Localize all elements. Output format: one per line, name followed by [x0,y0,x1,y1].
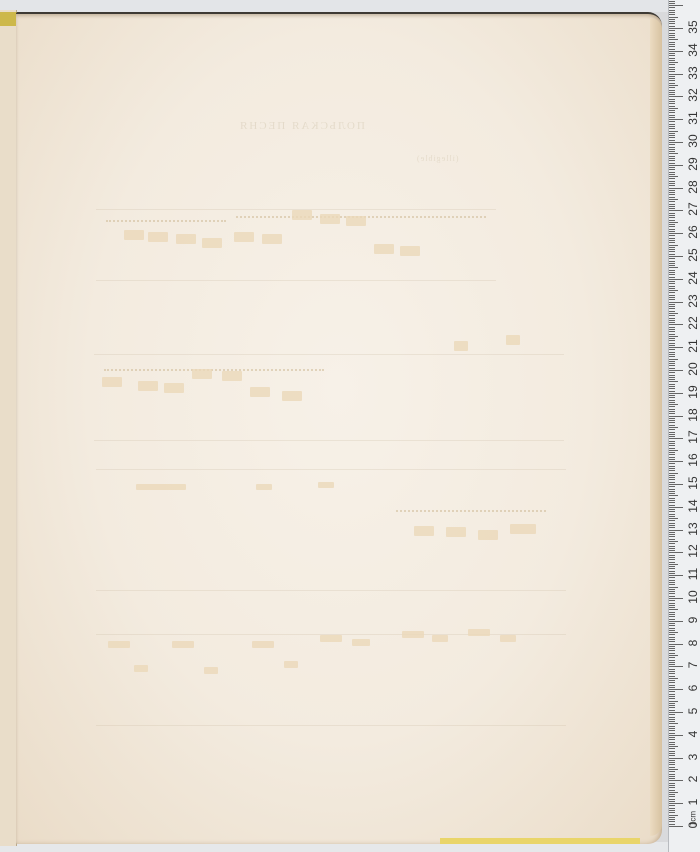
ruler-tick [669,354,675,355]
ruler-number: 34 [686,40,700,60]
ruler-tick [669,530,683,531]
ruler-tick [669,178,675,179]
ruler-tick [669,28,683,29]
ruler-tick [669,459,675,460]
ruler-tick [669,19,675,20]
ruler-tick [669,785,675,786]
ruler-tick [669,156,675,157]
ruler-tick [669,536,675,537]
ruler-tick [669,258,675,259]
ruler-tick [669,188,683,189]
ruler-tick [669,751,675,752]
ruler-tick [669,812,675,813]
ruler-tick [669,746,678,747]
ruler-tick [669,682,675,683]
ruler-tick [669,400,675,401]
ruler-number: 8 [686,633,700,653]
ruler-tick [669,153,678,154]
ruler-number: 13 [686,519,700,539]
ruler-tick [669,30,675,31]
ruler-tick [669,452,675,453]
ruler-tick [669,425,675,426]
ruler-tick [669,555,675,556]
ruler-tick [669,511,675,512]
ruler-tick [669,151,675,152]
ruler-tick [669,678,678,679]
ruler-tick [669,338,675,339]
ruler-tick [669,126,675,127]
ruler-tick [669,194,675,195]
ruler-tick [669,698,675,699]
ruler-tick [669,352,675,353]
ruler-tick [669,147,675,148]
ruler-tick [669,53,675,54]
ruler-tick [669,587,678,588]
ruler-tick [669,625,675,626]
ruler-tick [669,85,678,86]
ruler-tick [669,468,675,469]
ruler-tick [669,614,675,615]
music-system-1 [96,209,496,281]
ruler-tick [669,281,675,282]
ruler-tick [669,286,675,287]
ruler-tick [669,235,675,236]
ruler-tick [669,436,675,437]
ruler-tick [669,361,675,362]
ruler-tick [669,525,675,526]
ruler-tick [669,669,675,670]
ruler-tick [669,386,675,387]
ruler-number: 25 [686,245,700,265]
ruler-tick [669,135,675,136]
ruler-tick [669,112,675,113]
ruler-tick [669,318,675,319]
ruler-tick [669,723,678,724]
music-system-3 [96,469,566,591]
ruler-tick [669,201,675,202]
ruler-tick [669,199,678,200]
ruler-tick [669,197,675,198]
ruler-tick [669,274,675,275]
music-system-4 [96,634,566,726]
ruler-tick [669,131,678,132]
ruler-tick [669,427,678,428]
ruler-tick [669,411,675,412]
ruler-tick [669,94,675,95]
ruler-tick [669,377,675,378]
ruler-tick [669,384,675,385]
ruler-tick [669,475,675,476]
ruler-tick [669,12,675,13]
ruler-tick [669,347,683,348]
ruler-tick [669,35,675,36]
ruler-tick [669,229,675,230]
ruler-tick [669,703,675,704]
ruler-tick [669,552,683,553]
ruler-tick [669,96,683,97]
ruler-tick [669,646,675,647]
bleed-through-subtitle: (illegible) [416,154,459,163]
ruler-tick [669,495,678,496]
ruler-tick [669,418,675,419]
ruler-number: 19 [686,382,700,402]
ruler-tick [669,805,675,806]
ruler-number: 16 [686,450,700,470]
ruler-tick [669,33,675,34]
ruler-number: 30 [686,131,700,151]
ruler-tick [669,242,675,243]
music-system-2 [94,354,564,441]
ruler-number: 10 [686,587,700,607]
ruler-tick [669,767,675,768]
ruler-tick [669,51,683,52]
ruler-tick [669,90,675,91]
ruler-tick [669,133,675,134]
ruler-tick [669,808,675,809]
ruler-tick [669,764,675,765]
ruler-tick [669,434,675,435]
ruler-tick [669,598,683,599]
ruler-tick [669,821,675,822]
ruler-tick [669,334,675,335]
ruler-tick [669,817,675,818]
ruler-number: 21 [686,336,700,356]
ruler-number: 9 [686,610,700,630]
ruler-tick [669,124,675,125]
ruler-tick [669,484,683,485]
ruler-tick [669,121,675,122]
ruler-tick [669,313,678,314]
ruler-tick [669,790,675,791]
ruler-tick [669,393,683,394]
ruler-tick [669,799,675,800]
ruler-tick [669,454,675,455]
ruler-tick [669,500,675,501]
ruler-tick [669,210,683,211]
ruler-tick [669,621,683,622]
ruler-tick [669,76,675,77]
ruler-tick [669,573,675,574]
ruler-tick [669,479,675,480]
ruler-tick [669,306,675,307]
ruler-tick [669,774,675,775]
ruler-number: 24 [686,268,700,288]
ruler-tick [669,644,683,645]
ruler-tick [669,402,675,403]
ruler-tick [669,760,675,761]
ruler-tick [669,826,683,827]
ruler-tick [669,493,675,494]
ruler-tick [669,422,675,423]
ruler-tick [669,657,675,658]
ruler-number: 5 [686,701,700,721]
ruler-tick [669,117,675,118]
ruler-number: 20 [686,359,700,379]
ruler-tick [669,735,683,736]
ruler-tick [669,192,675,193]
ruler-tick [669,639,675,640]
ruler-tick [669,110,675,111]
ruler-tick [669,705,675,706]
ruler-tick [669,224,675,225]
ruler-tick [669,691,675,692]
ruler-tick [669,190,675,191]
ruler-tick [669,42,675,43]
ruler-tick [669,140,675,141]
ruler-tick [669,448,675,449]
ruler-tick [669,783,675,784]
ruler-number: 2 [686,769,700,789]
scan-background-top [0,0,700,12]
ruler-tick [669,420,675,421]
ruler-tick [669,803,683,804]
ruler-tick [669,416,683,417]
ruler-tick [669,261,675,262]
ruler-tick [669,712,683,713]
ruler-tick [669,336,678,337]
ruler-number: 12 [686,541,700,561]
ruler-tick [669,607,675,608]
ruler-tick [669,523,675,524]
ruler-tick [669,290,678,291]
ruler-tick [669,612,675,613]
ruler-tick [669,550,675,551]
ruler-tick [669,55,675,56]
ruler-tick [669,630,675,631]
ruler-tick [669,575,683,576]
ruler-tick [669,356,675,357]
ruler-tick [669,87,675,88]
ruler-tick [669,507,683,508]
ruler-tick [669,548,675,549]
ruler-tick [669,518,678,519]
ruler-tick [669,655,678,656]
ruler-tick [669,589,675,590]
ruler-tick [669,172,675,173]
ruler-tick [669,676,675,677]
ruler-tick [669,609,678,610]
ruler-tick [669,443,675,444]
ruler-tick [669,169,675,170]
ruler-tick [669,801,675,802]
ruler-tick [669,340,675,341]
ruler-tick [669,204,675,205]
ruler-tick [669,167,675,168]
ruler-tick [669,345,675,346]
ruler-tick [669,329,675,330]
ruler-tick [669,406,675,407]
ruler-tick [669,247,675,248]
ruler-tick [669,26,675,27]
ruler-tick [669,653,675,654]
ruler-tick [669,23,675,24]
ruler-tick [669,295,675,296]
ruler-tick [669,514,675,515]
ruler-tick [669,101,675,102]
ruler-tick [669,571,675,572]
ruler-tick [669,593,675,594]
ruler-tick [669,432,675,433]
ruler-tick [669,792,678,793]
ruler-tick [669,498,675,499]
ruler-tick [669,486,675,487]
ruler-tick [669,796,675,797]
ruler-tick [669,372,675,373]
ruler-tick [669,213,675,214]
ruler-tick [669,365,675,366]
ruler-tick [669,605,675,606]
ruler-tick [669,233,683,234]
ruler-tick [669,92,675,93]
ruler-number: 6 [686,678,700,698]
ruler-tick [669,714,675,715]
ruler-tick [669,532,675,533]
ruler-tick [669,577,675,578]
ruler-tick [669,149,675,150]
ruler-tick [669,272,675,273]
ruler-tick [669,641,675,642]
ruler-tick [669,395,675,396]
ruler-tick [669,397,675,398]
ruler-tick [669,409,675,410]
ruler-tick [669,758,683,759]
ruler-tick [669,14,675,15]
ruler-tick [669,623,675,624]
ruler-tick [669,83,675,84]
ruler-tick [669,71,675,72]
ruler-tick [669,115,675,116]
ruler-tick [669,240,675,241]
ruler-tick [669,596,675,597]
ruler-tick [669,591,675,592]
ruler-tick [669,106,675,107]
ruler-tick [669,324,683,325]
ruler-number: 33 [686,63,700,83]
ruler-tick [669,176,678,177]
ruler-tick [669,632,678,633]
ruler-tick [669,520,675,521]
ruler-tick [669,694,675,695]
binding-edge-bottom [440,838,640,844]
bleed-through-title: ПОЛЬСКАЯ ПЕСНЯ [238,120,365,132]
ruler-tick [669,721,675,722]
ruler-tick [669,60,675,61]
ruler-tick [669,343,675,344]
ruler-tick [669,755,675,756]
ruler-tick [669,450,678,451]
ruler-tick [669,689,683,690]
ruler-tick [669,222,678,223]
ruler-tick [669,564,678,565]
ruler-tick [669,710,675,711]
ruler-tick [669,137,675,138]
ruler-tick [669,463,675,464]
ruler-tick [669,270,675,271]
ruler-tick [669,391,675,392]
ruler-tick [669,46,675,47]
ruler-tick [669,370,683,371]
ruler-tick [669,559,675,560]
ruler-tick [669,445,675,446]
ruler-tick [669,78,675,79]
ruler-number: 27 [686,199,700,219]
ruler-tick [669,429,675,430]
ruler-tick [669,215,675,216]
ruler-tick [669,707,675,708]
ruler-tick [669,539,675,540]
ruler-number: 14 [686,496,700,516]
ruler-tick [669,637,675,638]
ruler-tick [669,696,675,697]
ruler-tick [669,165,683,166]
ruler-tick [669,103,675,104]
ruler-tick [669,128,675,129]
ruler-tick [669,787,675,788]
ruler-tick [669,5,683,6]
ruler-tick [669,616,675,617]
ruler-tick [669,181,675,182]
ruler-tick [669,566,675,567]
ruler-tick [669,142,683,143]
ruler-tick [669,664,675,665]
ruler-tick [669,62,678,63]
ruler-tick [669,794,675,795]
ruler-tick [669,819,675,820]
ruler-tick [669,379,675,380]
ruler-tick [669,249,675,250]
ruler-tick [669,226,675,227]
ruler-tick [669,516,675,517]
ruler-tick [669,778,675,779]
ruler-tick [669,505,675,506]
ruler-tick [669,80,675,81]
ruler-tick [669,1,675,2]
ruler-tick [669,304,675,305]
ruler-tick [669,359,678,360]
ruler-tick [669,780,683,781]
ruler-number: 4 [686,724,700,744]
ruler-tick [669,37,675,38]
ruler-tick [669,67,675,68]
ruler-tick [669,717,675,718]
ruler-tick [669,158,675,159]
ruler-number: 28 [686,177,700,197]
ruler-number: 35 [686,17,700,37]
ruler-tick [669,49,675,50]
ruler-number: 22 [686,313,700,333]
ruler-tick [669,457,675,458]
ruler-tick [669,245,678,246]
ruler-tick [669,349,675,350]
ruler-tick [669,477,675,478]
ruler-tick [669,491,675,492]
ruler-tick [669,413,675,414]
ruler-tick [669,726,675,727]
ruler-tick [669,634,675,635]
ruler-tick [669,299,675,300]
ruler-number: 18 [686,405,700,425]
ruler-tick [669,441,675,442]
ruler-tick [669,619,675,620]
ruler-tick [669,719,675,720]
page-edge-right [650,18,662,836]
ruler-tick [669,739,675,740]
document-page: ПОЛЬСКАЯ ПЕСНЯ (illegible) [16,12,662,844]
ruler-number: 15 [686,473,700,493]
ruler-number: 11 [686,564,700,584]
ruler-tick [669,58,675,59]
ruler-number: 3 [686,747,700,767]
